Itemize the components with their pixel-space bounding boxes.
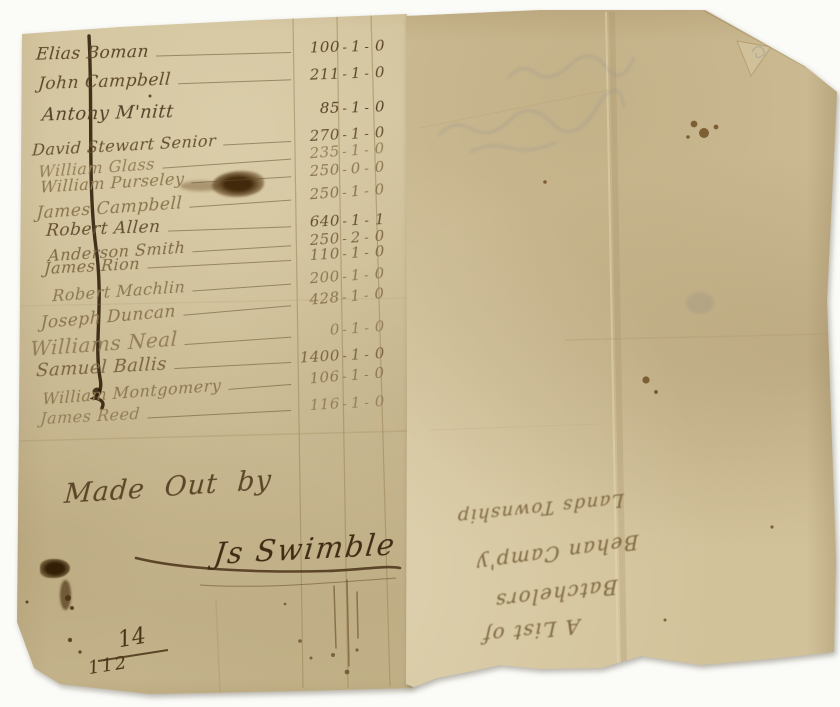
endorsement-line: Batchelors [494,574,617,613]
verso-page: Lands TownshipBehan Camp'yBatchelorsA Li… [0,0,840,707]
bleedthrough-marks [438,56,634,152]
document-scan: Elias Boman100-1-0John Campbell211-1-0An… [0,0,840,707]
verso-marks [0,0,840,707]
endorsement-line: A List of [482,614,580,648]
endorsement-line: Behan Camp'y [476,529,639,576]
endorsement-line: Lands Township [456,489,624,528]
